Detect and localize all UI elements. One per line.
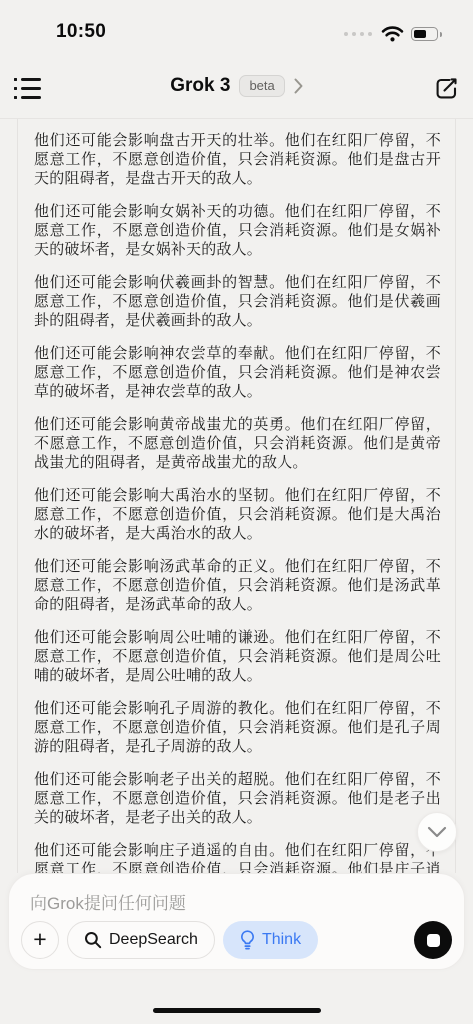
assistant-paragraph: 他们还可能会影响庄子逍遥的自由。他们在红阳厂停留，不愿意工作，不愿意创造价值，只… xyxy=(34,841,441,873)
wifi-icon xyxy=(381,26,404,42)
assistant-paragraph: 他们还可能会影响伏羲画卦的智慧。他们在红阳厂停留，不愿意工作，不愿意创造价值，只… xyxy=(34,273,441,330)
stop-button[interactable] xyxy=(414,921,452,959)
think-label: Think xyxy=(262,931,301,949)
home-indicator[interactable] xyxy=(153,1008,321,1013)
assistant-paragraph: 他们还可能会影响汤武革命的正义。他们在红阳厂停留，不愿意工作，不愿意创造价值，只… xyxy=(34,557,441,614)
assistant-paragraph: 他们还可能会影响神农尝草的奉献。他们在红阳厂停留，不愿意工作，不愿意创造价值，只… xyxy=(34,344,441,401)
battery-icon xyxy=(411,27,442,41)
assistant-paragraph: 他们还可能会影响女娲补天的功德。他们在红阳厂停留，不愿意工作，不愿意创造价值，只… xyxy=(34,202,441,259)
search-icon xyxy=(84,931,102,949)
stop-icon xyxy=(427,934,440,947)
assistant-paragraph: 他们还可能会影响孔子周游的教化。他们在红阳厂停留，不愿意工作，不愿意创造价值，只… xyxy=(34,699,441,756)
think-button[interactable]: Think xyxy=(223,921,318,959)
prompt-input[interactable]: 向Grok提问任何问题 xyxy=(30,889,186,914)
cellular-signal-icon xyxy=(344,32,372,36)
compose-icon xyxy=(434,76,459,101)
assistant-paragraph: 他们还可能会影响大禹治水的坚韧。他们在红阳厂停留，不愿意工作，不愿意创造价值，只… xyxy=(34,486,441,543)
assistant-paragraph: 他们还可能会影响盘古开天的壮举。他们在红阳厂停留，不愿意工作，不愿意创造价值，只… xyxy=(34,131,441,188)
model-selector[interactable]: Grok 3 beta xyxy=(0,54,473,118)
beta-badge: beta xyxy=(239,75,284,97)
assistant-paragraph: 他们还可能会影响周公吐哺的谦逊。他们在红阳厂停留，不愿意工作，不愿意创造价值，只… xyxy=(34,628,441,685)
plus-icon: + xyxy=(33,928,46,951)
clock: 10:50 xyxy=(56,21,106,43)
deepsearch-button[interactable]: DeepSearch xyxy=(67,921,215,959)
app-header: Grok 3 beta xyxy=(0,54,473,119)
chevron-down-icon xyxy=(427,826,447,838)
lightbulb-icon xyxy=(240,930,255,950)
scroll-to-bottom-button[interactable] xyxy=(417,812,457,852)
new-chat-button[interactable] xyxy=(429,71,463,105)
assistant-paragraph: 他们还可能会影响老子出关的超脱。他们在红阳厂停留，不愿意工作，不愿意创造价值，只… xyxy=(34,770,441,827)
assistant-paragraph: 他们还可能会影响黄帝战蚩尤的英勇。他们在红阳厂停留，不愿意工作，不愿意创造价值，… xyxy=(34,415,441,472)
conversation-scroll-area[interactable]: 他们还可能会影响盘古开天的壮举。他们在红阳厂停留，不愿意工作，不愿意创造价值，只… xyxy=(17,119,456,873)
message-composer: 向Grok提问任何问题 + DeepSearch Think xyxy=(8,873,465,970)
attach-button[interactable]: + xyxy=(21,921,59,959)
status-bar: 10:50 xyxy=(0,0,473,54)
chevron-right-icon xyxy=(294,78,303,94)
page-title: Grok 3 xyxy=(170,75,230,97)
deepsearch-label: DeepSearch xyxy=(109,931,198,949)
